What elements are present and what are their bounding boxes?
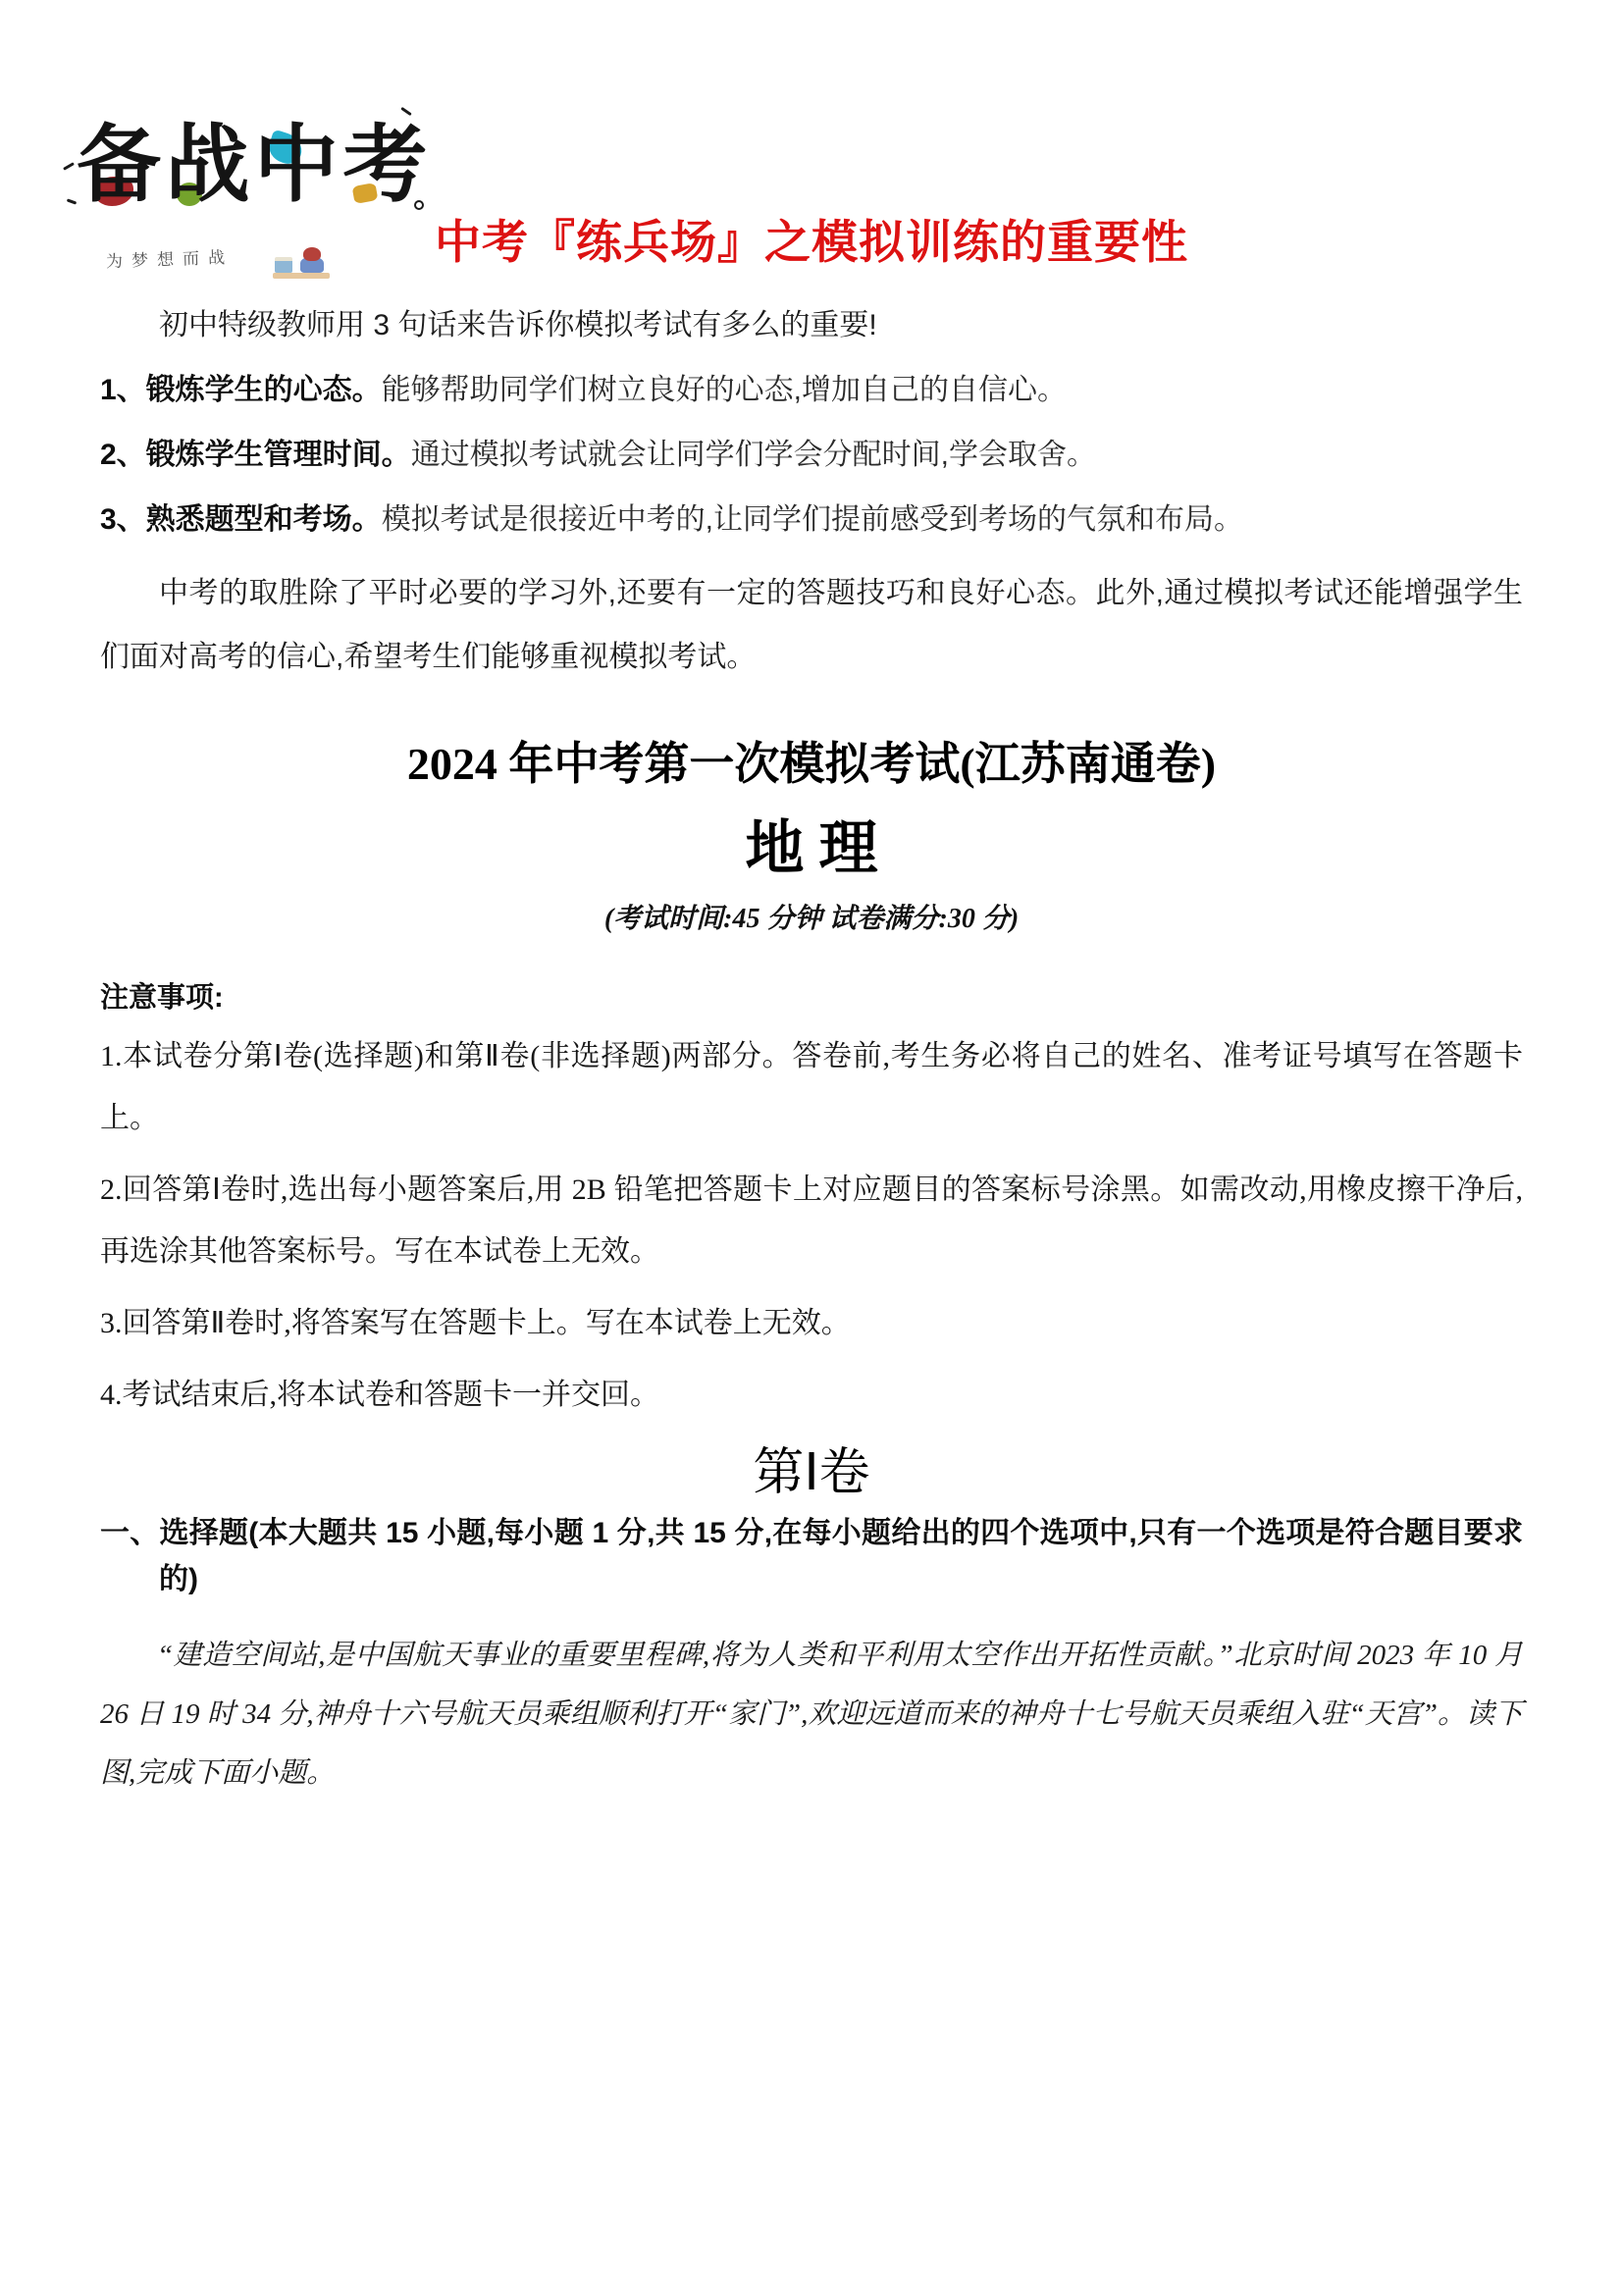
intro-point-2-label: 2、锻炼学生管理时间。 — [100, 439, 411, 471]
exam-title: 2024 年中考第一次模拟考试(江苏南通卷) — [100, 738, 1523, 791]
intro-summary: 中考的取胜除了平时必要的学习外,还要有一定的答题技巧和良好心态。此外,通过模拟考… — [100, 561, 1523, 689]
logo-char: 战 — [165, 106, 249, 224]
note-item-1: 1.本试卷分第Ⅰ卷(选择题)和第Ⅱ卷(非选择题)两部分。答卷前,考生务必将自己的… — [100, 1025, 1523, 1149]
logo-char: 中 — [254, 106, 339, 224]
page-content: 初中特级教师用 3 句话来告诉你模拟考试有多么的重要! 1、锻炼学生的心态。能够… — [0, 306, 1623, 1802]
exam-paper-page: 备 战 中 考 为梦想而战 中考『练兵场』之模拟训练的重要性 初中特级教师用 3… — [0, 0, 1623, 2296]
logo-calligraphy: 备 战 中 考 — [77, 106, 410, 243]
intro-point-2-text: 通过模拟考试就会让同学们学会分配时间,学会取舍。 — [411, 439, 1096, 471]
volume-1-heading: 第Ⅰ卷 — [100, 1443, 1523, 1504]
logo-spark-icon — [63, 162, 75, 171]
question-passage: “建造空间站,是中国航天事业的重要里程碑,将为人类和平利用太空作出开拓性贡献。”… — [100, 1626, 1523, 1802]
intro-point-2: 2、锻炼学生管理时间。通过模拟考试就会让同学们学会分配时间,学会取舍。 — [100, 436, 1523, 475]
logo-spark-icon — [67, 198, 77, 204]
intro-point-1-label: 1、锻炼学生的心态。 — [100, 374, 382, 406]
page-header: 备 战 中 考 为梦想而战 中考『练兵场』之模拟训练的重要性 — [0, 0, 1623, 294]
notes-heading: 注意事项: — [100, 975, 1523, 1016]
intro-point-3: 3、熟悉题型和考场。模拟考试是很接近中考的,让同学们提前感受到考场的气氛和布局。 — [100, 500, 1523, 540]
note-item-3: 3.回答第Ⅱ卷时,将答案写在答题卡上。写在本试卷上无效。 — [100, 1292, 1523, 1354]
intro-point-1-text: 能够帮助同学们树立良好的心态,增加自己的自信心。 — [382, 374, 1067, 406]
intro-lead: 初中特级教师用 3 句话来告诉你模拟考试有多么的重要! — [100, 306, 1523, 345]
note-item-2: 2.回答第Ⅰ卷时,选出每小题答案后,用 2B 铅笔把答题卡上对应题目的答案标号涂… — [100, 1159, 1523, 1282]
logo-spark-icon — [414, 200, 424, 210]
intro-point-3-text: 模拟考试是很接近中考的,让同学们提前感受到考场的气氛和布局。 — [382, 503, 1243, 536]
intro-point-3-label: 3、熟悉题型和考场。 — [100, 503, 382, 536]
exam-subject: 地 理 — [100, 816, 1523, 881]
intro-point-1: 1、锻炼学生的心态。能够帮助同学们树立良好的心态,增加自己的自信心。 — [100, 371, 1523, 410]
multiple-choice-heading: 一、选择题(本大题共 15 小题,每小题 1 分,共 15 分,在每小题给出的四… — [100, 1510, 1523, 1602]
note-item-4: 4.考试结束后,将本试卷和答题卡一并交回。 — [100, 1364, 1523, 1426]
exam-meta: (考试时间:45 分钟 试卷满分:30 分) — [100, 903, 1523, 936]
logo-char: 备 — [77, 106, 161, 224]
